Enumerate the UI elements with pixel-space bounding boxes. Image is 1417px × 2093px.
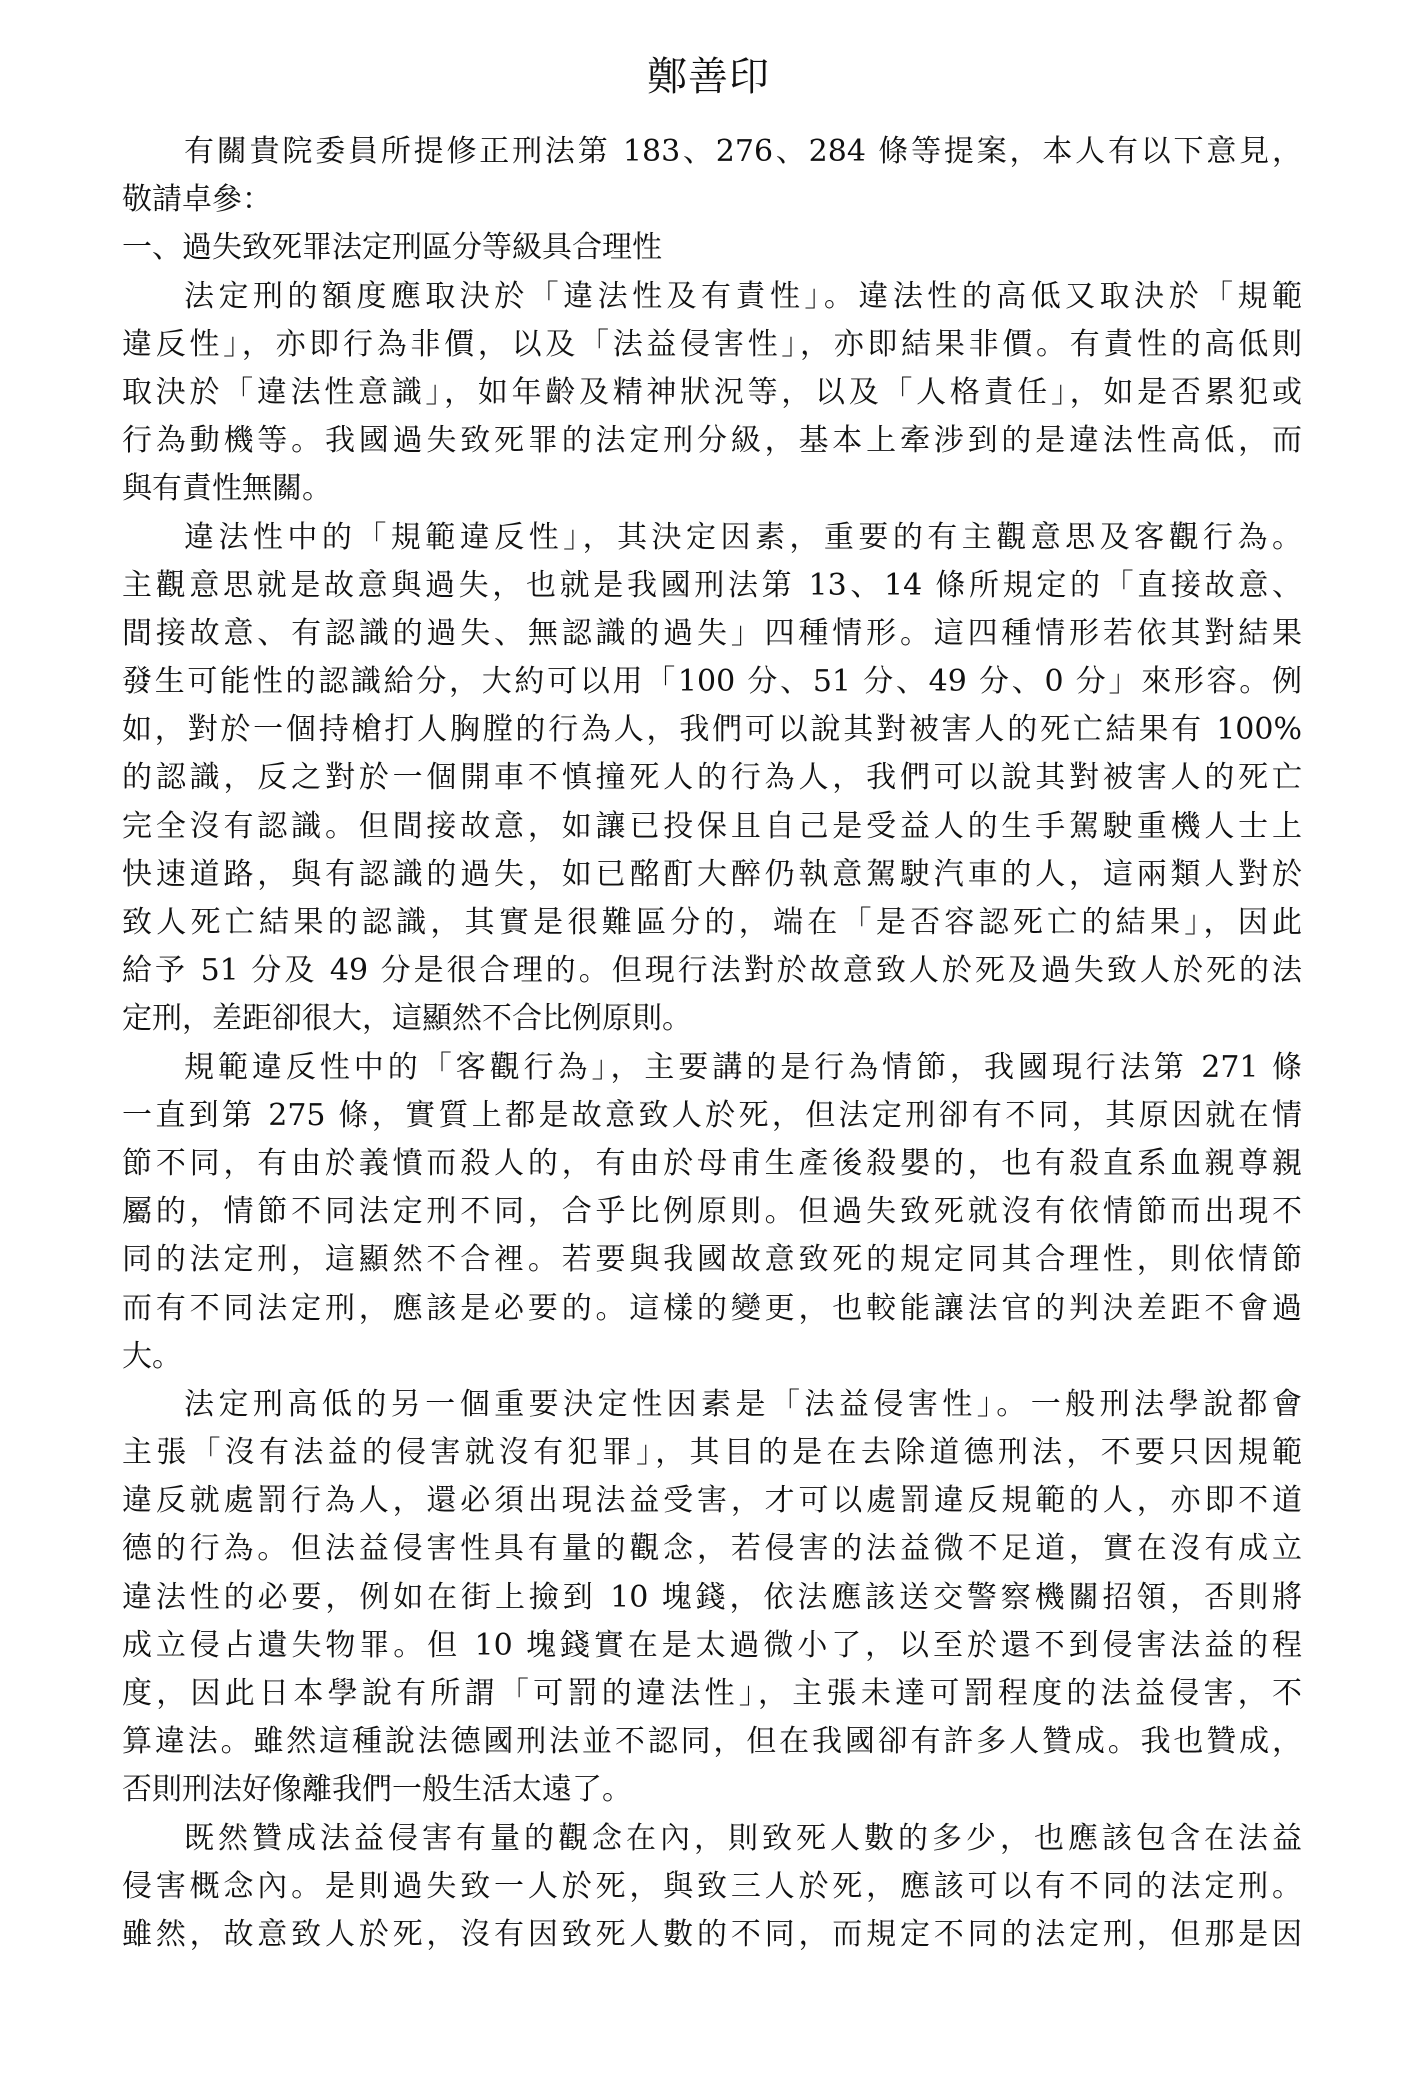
text-line: 主觀意思就是故意與過失，也就是我國刑法第 13、14 條所規定的「直接故意、 [122, 562, 1302, 610]
text-line: 定刑，差距卻很大，這顯然不合比例原則。 [122, 995, 1302, 1043]
section-heading: 一、過失致死罪法定刑區分等級具合理性 [122, 224, 1302, 272]
text-line: 違法性中的「規範違反性」，其決定因素，重要的有主觀意思及客觀行為。 [122, 514, 1302, 562]
text-line: 與有責性無關。 [122, 465, 1302, 513]
text-line: 度，因此日本學說有所謂「可罰的違法性」，主張未達可罰程度的法益侵害，不 [122, 1670, 1302, 1718]
text-line: 發生可能性的認識給分，大約可以用「100 分、51 分、49 分、0 分」來形容… [122, 658, 1302, 706]
document-body: 有關貴院委員所提修正刑法第 183、276、284 條等提案，本人有以下意見， … [122, 128, 1302, 1959]
text-line: 規範違反性中的「客觀行為」，主要講的是行為情節，我國現行法第 271 條 [122, 1044, 1302, 1092]
intro-paragraph: 有關貴院委員所提修正刑法第 183、276、284 條等提案，本人有以下意見， … [122, 128, 1302, 224]
text-line: 的認識，反之對於一個開車不慎撞死人的行為人，我們可以說其對被害人的死亡 [122, 754, 1302, 802]
text-line: 節不同，有由於義憤而殺人的，有由於母甫生產後殺嬰的，也有殺直系血親尊親 [122, 1140, 1302, 1188]
text-line: 違反就處罰行為人，還必須出現法益受害，才可以處罰違反規範的人，亦即不道 [122, 1477, 1302, 1525]
text-line: 而有不同法定刑，應該是必要的。這樣的變更，也較能讓法官的判決差距不會過 [122, 1285, 1302, 1333]
paragraph-1: 法定刑的額度應取決於「違法性及有責性」。違法性的高低又取決於「規範 違反性」，亦… [122, 273, 1302, 514]
paragraph-2: 違法性中的「規範違反性」，其決定因素，重要的有主觀意思及客觀行為。 主觀意思就是… [122, 514, 1302, 1044]
text-line: 法定刑高低的另一個重要決定性因素是「法益侵害性」。一般刑法學說都會 [122, 1381, 1302, 1429]
text-line: 雖然，故意致人於死，沒有因致死人數的不同，而規定不同的法定刑，但那是因 [122, 1911, 1302, 1959]
text-line: 違反性」，亦即行為非價，以及「法益侵害性」，亦即結果非價。有責性的高低則 [122, 321, 1302, 369]
text-line: 成立侵占遺失物罪。但 10 塊錢實在是太過微小了，以至於還不到侵害法益的程 [122, 1622, 1302, 1670]
paragraph-3: 規範違反性中的「客觀行為」，主要講的是行為情節，我國現行法第 271 條 一直到… [122, 1044, 1302, 1381]
text-line: 屬的，情節不同法定刑不同，合乎比例原則。但過失致死就沒有依情節而出現不 [122, 1188, 1302, 1236]
text-line: 法定刑的額度應取決於「違法性及有責性」。違法性的高低又取決於「規範 [122, 273, 1302, 321]
text-line: 否則刑法好像離我們一般生活太遠了。 [122, 1766, 1302, 1814]
paragraph-4: 法定刑高低的另一個重要決定性因素是「法益侵害性」。一般刑法學說都會 主張「沒有法… [122, 1381, 1302, 1815]
text-line: 算違法。雖然這種說法德國刑法並不認同，但在我國卻有許多人贊成。我也贊成， [122, 1718, 1302, 1766]
text-line: 違法性的必要，例如在街上撿到 10 塊錢，依法應該送交警察機關招領，否則將 [122, 1574, 1302, 1622]
text-line: 德的行為。但法益侵害性具有量的觀念，若侵害的法益微不足道，實在沒有成立 [122, 1525, 1302, 1573]
text-line: 侵害概念內。是則過失致一人於死，與致三人於死，應該可以有不同的法定刑。 [122, 1863, 1302, 1911]
text-line: 主張「沒有法益的侵害就沒有犯罪」，其目的是在去除道德刑法，不要只因規範 [122, 1429, 1302, 1477]
text-line: 完全沒有認識。但間接故意，如讓已投保且自己是受益人的生手駕駛重機人士上 [122, 803, 1302, 851]
paragraph-5: 既然贊成法益侵害有量的觀念在內，則致死人數的多少，也應該包含在法益 侵害概念內。… [122, 1815, 1302, 1960]
text-line: 行為動機等。我國過失致死罪的法定刑分級，基本上牽涉到的是違法性高低，而 [122, 417, 1302, 465]
text-line: 如，對於一個持槍打人胸膛的行為人，我們可以說其對被害人的死亡結果有 100% [122, 706, 1302, 754]
text-line: 快速道路，與有認識的過失，如已酩酊大醉仍執意駕駛汽車的人，這兩類人對於 [122, 851, 1302, 899]
text-line: 大。 [122, 1333, 1302, 1381]
text-line: 致人死亡結果的認識，其實是很難區分的，端在「是否容認死亡的結果」，因此 [122, 899, 1302, 947]
text-line: 敬請卓參： [122, 176, 1302, 224]
text-line: 一直到第 275 條，實質上都是故意致人於死，但法定刑卻有不同，其原因就在情 [122, 1092, 1302, 1140]
text-line: 有關貴院委員所提修正刑法第 183、276、284 條等提案，本人有以下意見， [122, 128, 1302, 176]
text-line: 給予 51 分及 49 分是很合理的。但現行法對於故意致人於死及過失致人於死的法 [122, 947, 1302, 995]
document-title: 鄭善印 [0, 52, 1417, 102]
text-line: 同的法定刑，這顯然不合裡。若要與我國故意致死的規定同其合理性，則依情節 [122, 1236, 1302, 1284]
text-line: 取決於「違法性意識」，如年齡及精神狀況等，以及「人格責任」，如是否累犯或 [122, 369, 1302, 417]
text-line: 間接故意、有認識的過失、無認識的過失」四種情形。這四種情形若依其對結果 [122, 610, 1302, 658]
text-line: 既然贊成法益侵害有量的觀念在內，則致死人數的多少，也應該包含在法益 [122, 1815, 1302, 1863]
